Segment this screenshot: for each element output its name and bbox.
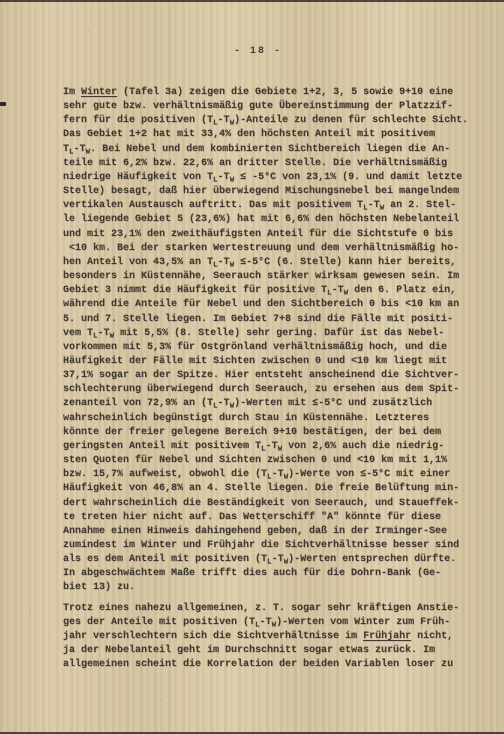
text-line: Häufigkeit von 46,8% an 4. Stelle liegen… [63,482,463,496]
text-line: In abgeschwächtem Maße trifft dies auch … [63,567,463,581]
text-line: schlechterung überwiegend durch Seerauch… [63,383,463,397]
text-line: zumindest im Winter und Frühjahr die Sic… [63,539,463,553]
text-line: 37,1% sogar an der Spitze. Hier entsteht… [63,369,463,383]
text-line: Im Winter (Tafel 3a) zeigen die Gebiete … [63,86,463,100]
text-line: <10 km. Bei der starken Wertestreuung un… [63,242,463,256]
body-paragraph: Trotz eines nahezu allgemeinen, z. T. so… [63,602,463,673]
text-line: vem TL-TW mit 5,5% (8. Stelle) sehr geri… [63,327,463,341]
text-line: Das Gebiet 1+2 hat mit 33,4% den höchste… [63,128,463,142]
text-line: könnte der freier gelegene Bereich 9+10 … [63,426,463,440]
text-line: Trotz eines nahezu allgemeinen, z. T. so… [63,602,463,616]
document-body: Im Winter (Tafel 3a) zeigen die Gebiete … [63,86,463,672]
body-paragraph: Im Winter (Tafel 3a) zeigen die Gebiete … [63,86,463,596]
text-line: le liegende Gebiet 5 (23,6%) hat mit 6,6… [63,213,463,227]
text-line: hen Anteil von 43,5% an TL-TW ≤-5°C (6. … [63,256,463,270]
text-line: als es dem Anteil mit positiven (TL-TW)-… [63,553,463,567]
text-line: teile mit 6,2% bzw. 22,6% an dritter Ste… [63,157,463,171]
text-line: zenanteil von 72,9% an (TL-TW)-Werten mi… [63,397,463,411]
text-line: Häufigkeit der Fälle mit Sichten zwische… [63,355,463,369]
text-line: sehr gute bzw. verhältnismäßig gute Über… [63,100,463,114]
document-page: - 18 - Im Winter (Tafel 3a) zeigen die G… [0,0,504,734]
text-line: Gebiet 3 nimmt die Häufigkeit für positi… [63,284,463,298]
text-line: bzw. 15,7% aufweist, obwohl die (TL-TW)-… [63,468,463,482]
text-line: jahr verschlechtern sich die Sichtverhäl… [63,630,463,644]
text-line: dert wahrscheinlich die Beständigkeit vo… [63,497,463,511]
text-line: sten Quoten für Nebel und Sichten zwisch… [63,454,463,468]
text-line: niedrige Häufigkeit von TL-TW ≤ -5°C von… [63,171,463,185]
text-line: ges der Anteile mit positiven (TL-TW)-We… [63,616,463,630]
text-line: und mit 23,1% den zweithäufigsten Anteil… [63,228,463,242]
text-line: vorkommen mit 5,3% für Ostgrönland verhä… [63,341,463,355]
text-line: Annahme einen Hinweis dahingehend geben,… [63,525,463,539]
text-line: biet 13) zu. [63,581,463,595]
text-line: fern für die positiven (TL-TW)-Anteile z… [63,114,463,128]
text-line: wahrscheinlich begünstigt durch Stau in … [63,412,463,426]
text-line: te treten hier nicht auf. Das Wetterschi… [63,511,463,525]
text-line: 5. und 7. Stelle liegen. Im Gebiet 7+8 s… [63,313,463,327]
text-line: allgemeinen scheint die Korrelation der … [63,658,463,672]
paper-specks [0,0,1,1]
text-line: ja der Nebelanteil geht im Durchschnitt … [63,644,463,658]
scan-edge-top [0,0,504,2]
text-line: vertikalen Austausch auftritt. Das mit p… [63,199,463,213]
page-number: - 18 - [63,46,453,57]
scan-artifact-mark [0,102,6,106]
text-line: während die Anteile für Nebel und den Si… [63,298,463,312]
text-line: TL-TW. Bei Nebel und dem kombinierten Si… [63,143,463,157]
text-line: geringsten Anteil mit positivem TL-TW vo… [63,440,463,454]
text-line: Stelle) besagt, daß hier überwiegend Mis… [63,185,463,199]
text-line: besonders in Küstennähe, Seerauch stärke… [63,270,463,284]
